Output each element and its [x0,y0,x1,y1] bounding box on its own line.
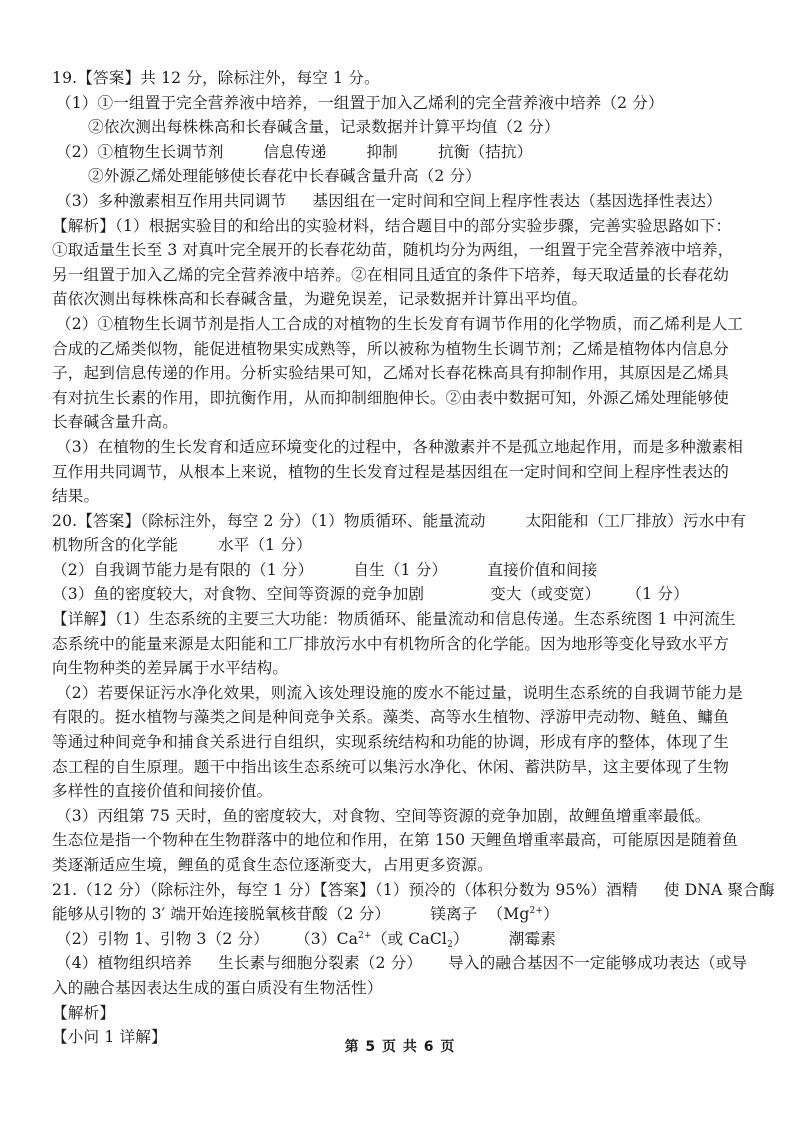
q20-answer-line-4: （3）鱼的密度较大，对食物、空间等资源的竞争加剧变大（或变宽）（1 分） [52,582,764,607]
q20-detail: 【详解】（1）生态系统的主要三大功能：物质循环、能量流动和信息传递。生态系统图 … [52,607,764,878]
detail-line: 类逐渐适应生境，鲤鱼的觅食生态位逐渐变大，占用更多资源。 [52,853,764,878]
answer-part: （1 分） [626,585,688,603]
answer-part: （2）引物 1、引物 3（2 分） [56,930,269,948]
answer-part: 机物所含的化学能 [52,536,178,554]
analysis-line: 长春碱含量升高。 [52,410,764,435]
analysis-line: （3）在植物的生长发育和适应环境变化的过程中，各种激素并不是孤立地起作用，而是多… [52,435,764,460]
q20-answer-line-1: 20.【答案】（除标注外，每空 2 分）（1）物质循环、能量流动太阳能和（工厂排… [52,509,764,534]
q19-answer-2-1: （2）①植物生长调节剂信息传递抑制抗衡（拮抗） [52,140,764,165]
answer-part: 基因组在一定时间和空间上程序性表达（基因选择性表达） [312,192,721,210]
answer-part: 导入的融合基因不一定能够成功表达（或导 [448,954,747,972]
q19-answer-1-2: ②依次测出每株株高和长春碱含量，记录数据并计算平均值（2 分） [52,115,764,140]
answer-part: 生长素与细胞分裂素（2 分） [218,954,422,972]
analysis-line: 另一组置于加入乙烯的完全营养液中培养。②在相同且适宜的条件下培养，每天取适量的长… [52,263,764,288]
question-21: 21.（12 分）（除标注外，每空 1 分）【答案】（1）预冷的（体积分数为 9… [52,878,764,1050]
q21-answer-line-3: （2）引物 1、引物 3（2 分）（3）Ca2+（或 CaCl2）潮霉素 [52,927,764,952]
answer-part: （3）鱼的密度较大，对食物、空间等资源的竞争加剧 [52,585,424,603]
answer-part: 抗衡（拮抗） [438,143,532,161]
page-footer: 第 5 页 共 6 页 [0,1036,800,1056]
answer-part: 信息传递 [264,143,327,161]
q21-answer-line-1: 21.（12 分）（除标注外，每空 1 分）【答案】（1）预冷的（体积分数为 9… [52,878,764,903]
answer-part: 水平（1 分） [218,536,312,554]
answer-part: （3）多种激素相互作用共同调节 [56,192,286,210]
analysis-line: ①取适量生长至 3 对真叶完全展开的长春花幼苗，随机均分为两组，一组置于完全营养… [52,238,764,263]
analysis-line: 互作用共同调节，从根本上来说，植物的生长发育过程是基因组在一定时间和空间上程序性… [52,460,764,485]
answer-part: （Mg [488,905,530,923]
q19-analysis: 【解析】（1）根据实验目的和给出的实验材料，结合题目中的部分实验步骤，完善实验思… [52,214,764,509]
detail-line: 生态位是指一个物种在生物群落中的地位和作用，在第 150 天鲤鱼增重率最高，可能… [52,828,764,853]
q21-analysis-label: 【解析】 [52,1001,764,1026]
analysis-line: 有对抗生长素的作用，即抗衡作用，从而抑制细胞伸长。②由表中数据可知，外源乙烯处理… [52,386,764,411]
answer-part: （4）植物组织培养 [56,954,192,972]
superscript: 2+ [530,906,544,916]
q21-answer-line-4: （4）植物组织培养生长素与细胞分裂素（2 分）导入的融合基因不一定能够成功表达（… [52,951,764,976]
analysis-line: 苗依次测出每株株高和长春碱含量，为避免误差，记录数据并计算出平均值。 [52,287,764,312]
detail-line: 多样性的直接价值和间接价值。 [52,779,764,804]
q19-header: 19.【答案】共 12 分，除标注外，每空 1 分。 [52,66,764,91]
answer-part: ） [543,905,559,923]
q20-answer-line-2: 机物所含的化学能水平（1 分） [52,533,764,558]
analysis-line: （2）①植物生长调节剂是指人工合成的对植物的生长发育有调节作用的化学物质，而乙烯… [52,312,764,337]
q21-answer-line-2: 能够从引物的 3′ 端开始连接脱氧核苷酸（2 分）镁离子（Mg2+） [52,902,764,927]
q21-answer-line-5: 入的融合基因表达生成的蛋白质没有生物活性） [52,976,764,1001]
answer-part: （2）①植物生长调节剂 [56,143,224,161]
answer-part: （3）Ca [295,930,358,948]
q20-answer-line-3: （2）自我调节能力是有限的（1 分）自生（1 分）直接价值和间接 [52,558,764,583]
answer-part: 抑制 [367,143,399,161]
detail-line: 等通过种间竞争和捕食关系进行自组织，实现系统结构和功能的协调，形成有序的整体，体… [52,730,764,755]
q19-answer-1-1: （1）①一组置于完全营养液中培养，一组置于加入乙烯利的完全营养液中培养（2 分） [52,91,764,116]
analysis-line: 子，起到信息传递的作用。分析实验结果可知，乙烯对长春花株高具有抑制作用，其原因是… [52,361,764,386]
analysis-line: 结果。 [52,484,764,509]
answer-part: 镁离子 [430,905,477,923]
document-page: 19.【答案】共 12 分，除标注外，每空 1 分。 （1）①一组置于完全营养液… [52,66,764,1050]
answer-part: 自生（1 分） [353,561,447,579]
superscript: 2+ [358,931,372,941]
analysis-line: 合成的乙烯类似物，能促进植物果实成熟等，所以被称为植物生长调节剂；乙烯是植物体内… [52,337,764,362]
analysis-line: 【解析】（1）根据实验目的和给出的实验材料，结合题目中的部分实验步骤，完善实验思… [52,214,764,239]
answer-part: 直接价值和间接 [487,561,597,579]
answer-part: ） [453,930,469,948]
answer-part: 变大（或变宽） [490,585,600,603]
answer-part: 能够从引物的 3′ 端开始连接脱氧核苷酸（2 分） [52,905,390,923]
detail-line: （3）丙组第 75 天时，鱼的密度较大，对食物、空间等资源的竞争加剧，故鲤鱼增重… [52,804,764,829]
detail-line: 向生物种类的差异属于水平结构。 [52,656,764,681]
detail-line: 态工程的自生原理。题干中指出该生态系统可以集污水净化、休闲、蓄洪防旱，这主要体现… [52,755,764,780]
answer-part: 潮霉素 [509,930,556,948]
answer-part: 使 DNA 聚合酶 [664,881,775,899]
detail-line: 态系统中的能量来源是太阳能和工厂排放污水中有机物所含的化学能。因为地形等变化导致… [52,632,764,657]
q19-answer-2-2: ②外源乙烯处理能够使长春花中长春碱含量升高（2 分） [52,164,764,189]
detail-line: 【详解】（1）生态系统的主要三大功能：物质循环、能量流动和信息传递。生态系统图 … [52,607,764,632]
question-20: 20.【答案】（除标注外，每空 2 分）（1）物质循环、能量流动太阳能和（工厂排… [52,509,764,878]
detail-line: （2）若要保证污水净化效果，则流入该处理设施的废水不能过量，说明生态系统的自我调… [52,681,764,706]
q19-answer-3: （3）多种激素相互作用共同调节基因组在一定时间和空间上程序性表达（基因选择性表达… [52,189,764,214]
detail-line: 有限的。挺水植物与藻类之间是种间竞争关系。藻类、高等水生植物、浮游甲壳动物、鲢鱼… [52,705,764,730]
answer-part: 21.（12 分）（除标注外，每空 1 分）【答案】（1）预冷的（体积分数为 9… [52,881,638,899]
question-19: 19.【答案】共 12 分，除标注外，每空 1 分。 （1）①一组置于完全营养液… [52,66,764,509]
answer-part: （2）自我调节能力是有限的（1 分） [52,561,313,579]
answer-part: 20.【答案】（除标注外，每空 2 分）（1）物质循环、能量流动 [52,512,486,530]
answer-part: 太阳能和（工厂排放）污水中有 [526,512,746,530]
answer-part: （或 CaCl [372,930,447,948]
